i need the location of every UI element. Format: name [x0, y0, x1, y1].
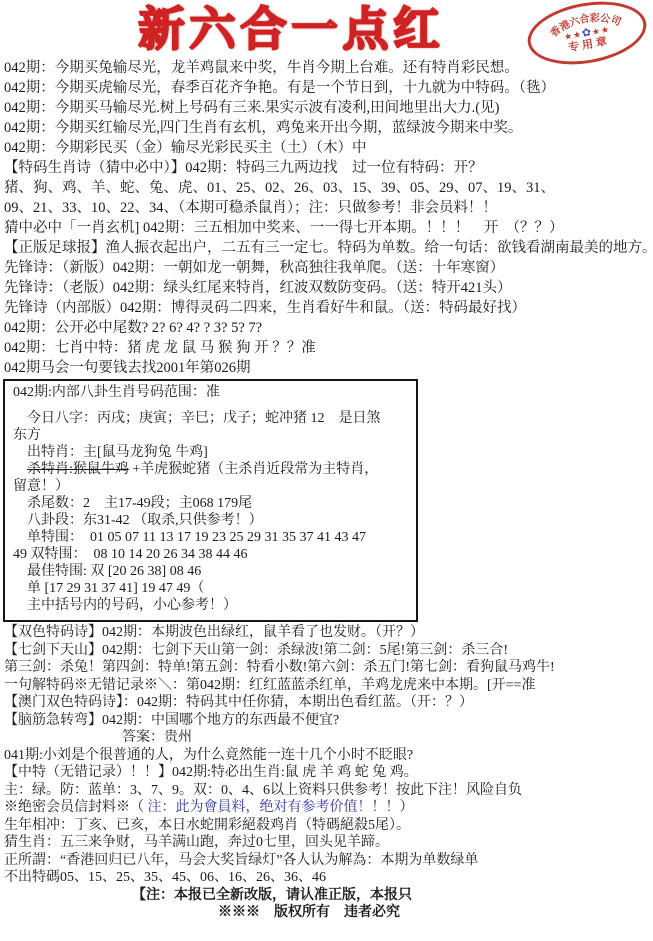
- seven-zodiac-line: 042期：七肖中特：猪 虎 龙 鼠 马 猴 狗 开 ？？准: [0, 338, 653, 358]
- saying-line: 正所謂：“香港回归已八年，马会大奖旨绿灯”各人认为解為：本期为单数绿单: [0, 852, 653, 870]
- zhongte-line: 【中特（无错记录）！！】042期:特必出生肖:鼠 虎 羊 鸡 蛇 兔 鸡。: [0, 764, 653, 782]
- riddle-line: 【脑筋急转弯】042期：中国哪个地方的东西最不便宜?: [0, 712, 653, 730]
- bazi-line: 今日八字：丙戌；庚寅；辛巳；戊子；蛇冲猪 12 是日煞: [13, 410, 410, 427]
- member-suffix-text: ！！）: [372, 800, 414, 815]
- kill-indent: [13, 462, 27, 477]
- macau-poem-line: 【澳门双色特码诗】：042期：特码其中任你猜，本期出色看红蓝。（开：？）: [0, 694, 653, 712]
- kill-tail-line: 杀尾数：2 主17-49段；主068 179尾: [13, 495, 410, 512]
- pioneer-poem-new: 先锋诗：（新版）042期：一朝如龙一朝舞，秋高独往我单爬。（送：十年寒窗）: [0, 258, 653, 278]
- main-guard-line: 主：绿。防：蓝单：3、7、9。双：0、4、6以上资料只供参考！按此下注！风险自负: [0, 782, 653, 800]
- copyright-line: ※※※ 版权所有 违者必究: [0, 904, 653, 922]
- member-prefix-text: ※绝密会员信封料※（: [4, 800, 148, 815]
- pioneer-poem-internal: 先锋诗（内部版）042期：博得灵码二四来，生肖看好牛和鼠。（送：特码最好找）: [0, 298, 653, 318]
- out-zodiac-line: 出特肖：主[鼠马龙狗兔 牛鸡]: [13, 444, 410, 461]
- horse-club-line: 042期马会一句要钱去找2001年第026期: [0, 358, 653, 378]
- guess-zodiac-line: 猜生肖：五三来争财，马羊满山跑，奔过0七里，回头见羊蹄。: [0, 834, 653, 852]
- kill-zodiac-line: 杀特肖:猴鼠牛鸡 +羊虎猴蛇猪（主杀肖近段常为主特肖，: [13, 461, 410, 478]
- member-note-blue-text: 注：此为會員料，绝对有参考价值！: [148, 800, 372, 815]
- pioneer-poem-old: 先锋诗：（老版）042期：绿头红尾来特肖，红波双数防变码。（送：特开421头）: [0, 278, 653, 298]
- masthead: 新六合一点红 香 港 六 合 彩 公 司 ★★✿★★ 专用章: [0, 0, 653, 58]
- riddle-041-line: 041期:小刘是个很普通的人，为什么竟然能一连十几个小时不眨眼?: [0, 747, 653, 765]
- seal-arc-char: 合: [579, 14, 591, 26]
- riddle-answer-line: 答案：贵州: [0, 729, 653, 747]
- seven-swords-line: 【七剑下天山】042期：七剑下天山第一剑：杀绿波!第二剑：5尾!第三剑：杀三合!: [0, 642, 653, 660]
- best-range-line: 最佳特围: 双 [20 26 38] 08 46: [13, 563, 410, 580]
- tip-line: 042期：今期买虎输尽光，春季百花齐争艳。有是一个节日到，十九就为中特码。（毨）: [0, 78, 653, 98]
- tip-line: 猜中必中「一肖玄机] 042期：三五相加中奖来、一一得七开本期。！！！ 开 （？…: [0, 218, 653, 238]
- kill-zodiac-line-wrap: 留意！）: [13, 478, 410, 495]
- best-odd-line: 单 [17 29 31 37 41] 19 47 49（: [13, 580, 410, 597]
- tip-line: 042期：今期彩民买（金）输尽光彩民买主（土）（木）中: [0, 138, 653, 158]
- excluded-numbers-line: 不出特碼05、15、25、35、45、06、16、26、36、46: [0, 869, 653, 887]
- box-header-line: 042期:内部八卦生肖号码范围：准: [13, 384, 410, 401]
- kill-zodiac-rest-text: +羊虎猴蛇猪（主杀肖近段常为主特肖，: [129, 462, 378, 477]
- seven-swords-line-2: 第三剑：杀兔！第四剑：特单!第五剑：特看小数!第六剑：杀五门!第七剑：看狗鼠马鸡…: [0, 659, 653, 677]
- sheet-body: 042期：今期买兔输尽光，龙羊鸡鼠来中奖，牛肖今期上台难。还有特肖彩民想。 04…: [0, 58, 653, 922]
- kill-zodiac-struck-text: 杀特肖:猴鼠牛鸡: [27, 462, 129, 477]
- decode-special-line: 一句解特码※无错记录※＼：第042期：红红蓝蓝杀红单，羊鸡龙虎来中本期。[开==…: [0, 677, 653, 695]
- bazi-line-wrap: 东方: [13, 427, 410, 444]
- seal-arc-char: 司: [609, 15, 622, 28]
- even-range-line: 49 双特围： 08 10 14 20 26 34 38 44 46: [13, 546, 410, 563]
- bagua-segment-line: 八卦段：东31-42 （取杀,只供参考！）: [13, 512, 410, 529]
- odd-range-line: 单特围： 01 05 07 11 13 17 19 23 25 29 31 35…: [13, 529, 410, 546]
- box-spacer: [13, 401, 410, 410]
- football-paper-line: 【正版足球报】渔人振衣起出户，二五有三一定七。特码为单数。给一句话：欲钱看湖南最…: [0, 238, 653, 258]
- tail-numbers-line: 042期：公开必中尾数? 2? 6? 4? ? 3? 5? 7?: [0, 318, 653, 338]
- tip-line: 042期：今期买红输尽光,四门生肖有玄机，鸡兔来开出今期，蓝绿波今期来中奖。: [0, 118, 653, 138]
- lottery-tip-sheet-page: 新六合一点红 香 港 六 合 彩 公 司 ★★✿★★ 专用章 042期：今期买兔…: [0, 0, 653, 941]
- tip-line: 042期：今期买马输尽光.树上号码有三来.果实示波有凌利,田间地里出大力.(见): [0, 98, 653, 118]
- two-color-poem-line: 【双色特码诗】042期：本期波色出绿红，鼠羊看了也发财。（开？）: [0, 624, 653, 642]
- bagua-info-box: 042期:内部八卦生肖号码范围：准 今日八字：丙戌；庚寅；辛巳；戊子；蛇冲猪 1…: [3, 379, 418, 622]
- edition-note-line: 【注：本报已全新改版，请认准正版，本报只: [0, 887, 653, 905]
- bracket-note-line: 主中括号内的号码，小心参考！）: [13, 597, 410, 614]
- birth-year-clash-line: 生年相冲：丁亥、已亥，本日水蛇開彩絕殺鸡肖（特碼絕殺5尾）。: [0, 817, 653, 835]
- member-material-line: ※绝密会员信封料※（ 注：此为會員料，绝对有参考价值！！！）: [0, 799, 653, 817]
- bottom-section: 【双色特码诗】042期：本期波色出绿红，鼠羊看了也发财。（开？） 【七剑下天山】…: [0, 624, 653, 922]
- numbers-line: 猪、狗、鸡、羊、蛇、兔、虎、01、25、02、26、03、15、39、05、29…: [0, 178, 653, 198]
- zodiac-poem-header-line: 【特码生肖诗（猜中必中）】042期：特码三九两边找 过一位有特码：开？: [0, 158, 653, 178]
- numbers-line: 09、21、33、10、22、34、（本期可稳杀鼠肖）；注：只做参考！非会员料！…: [0, 198, 653, 218]
